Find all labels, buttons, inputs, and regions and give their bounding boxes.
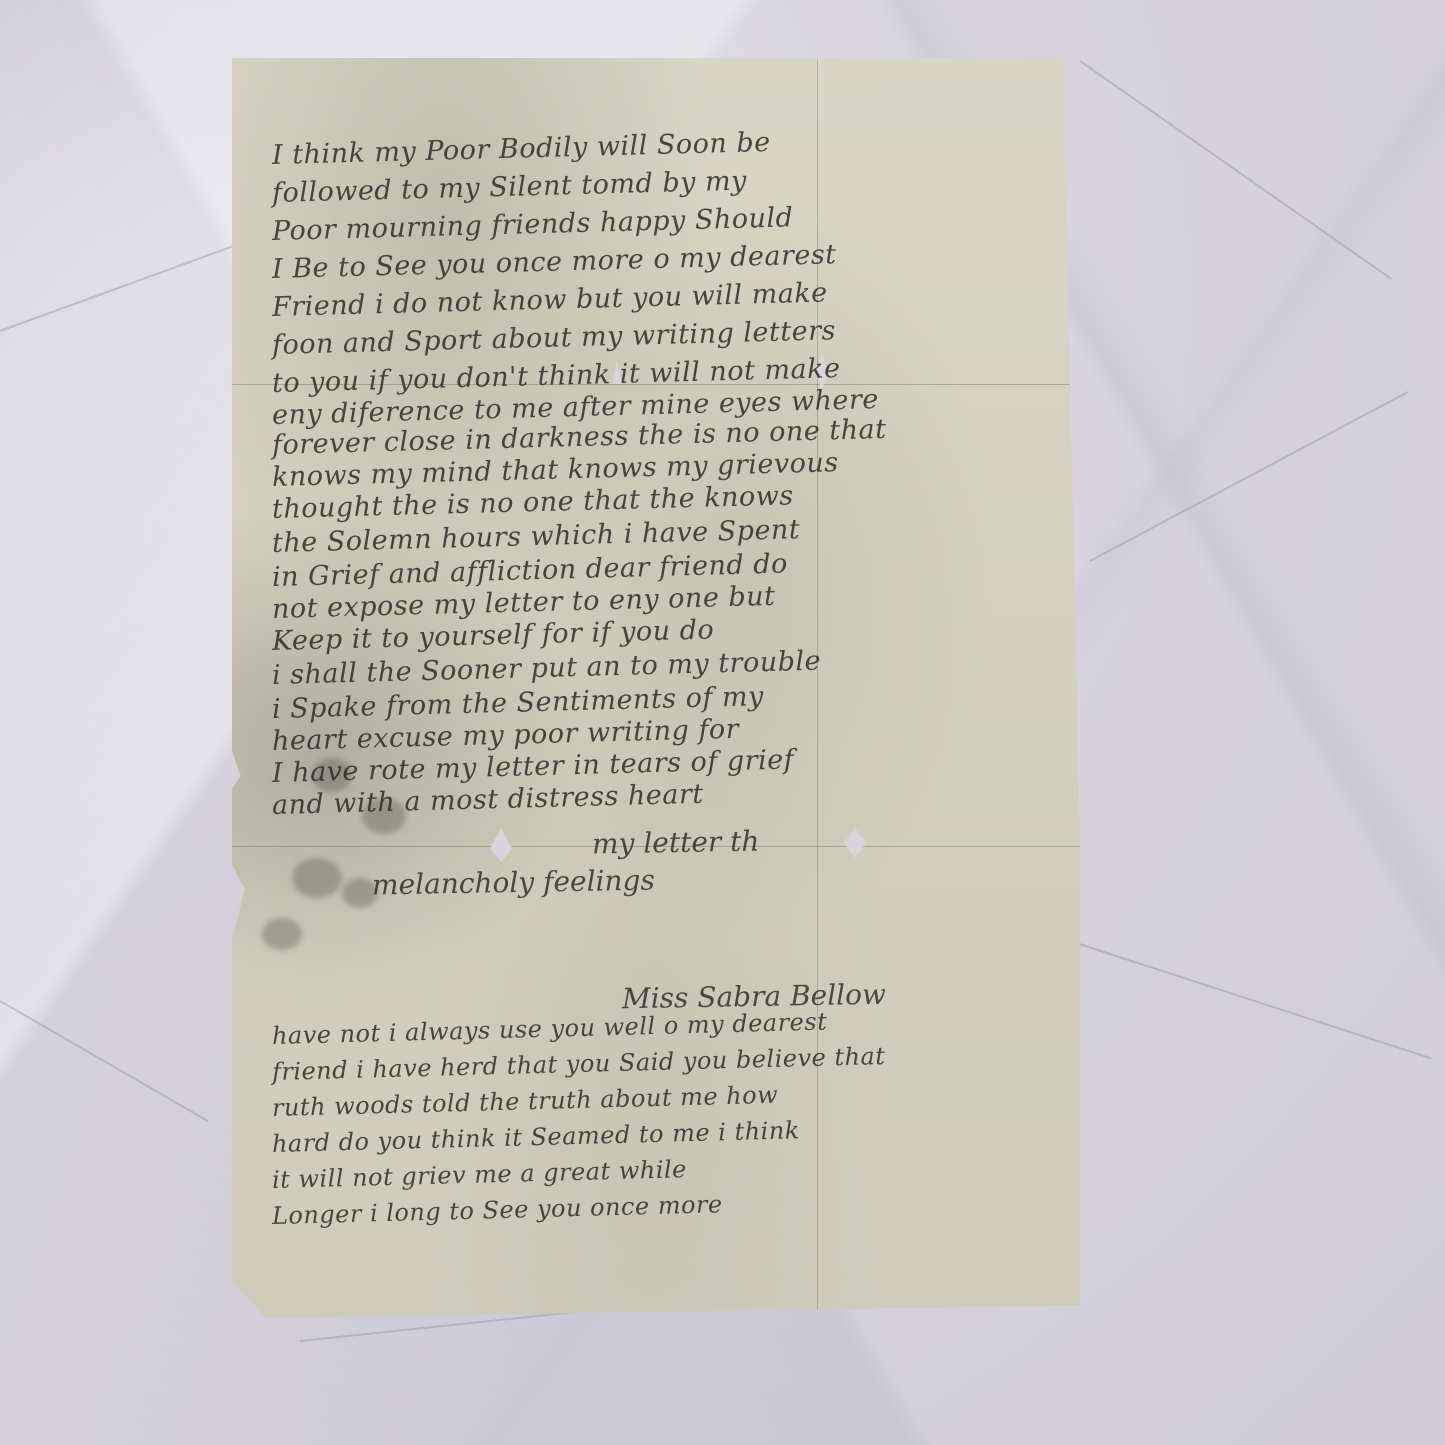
- marble-vein: [1070, 940, 1432, 1059]
- marble-vein: [1090, 391, 1409, 562]
- postscript-line: friend i have herd that you Said you bel…: [272, 1042, 886, 1086]
- marble-vein: [0, 1000, 208, 1122]
- postscript-line: have not i always use you well o my dear…: [272, 1007, 828, 1050]
- letter-paper: I think my Poor Bodily will Soon be foll…: [232, 58, 1080, 1318]
- postscript: have not i always use you well o my dear…: [232, 58, 1080, 1318]
- postscript-line: it will not griev me a great while: [272, 1155, 688, 1194]
- postscript-line: ruth woods told the truth about me how: [272, 1081, 779, 1122]
- marble-vein: [1079, 60, 1391, 280]
- marble-vein: [0, 241, 245, 332]
- postscript-line: hard do you think it Seamed to me i thin…: [272, 1116, 800, 1158]
- postscript-line: Longer i long to See you once more: [272, 1190, 723, 1230]
